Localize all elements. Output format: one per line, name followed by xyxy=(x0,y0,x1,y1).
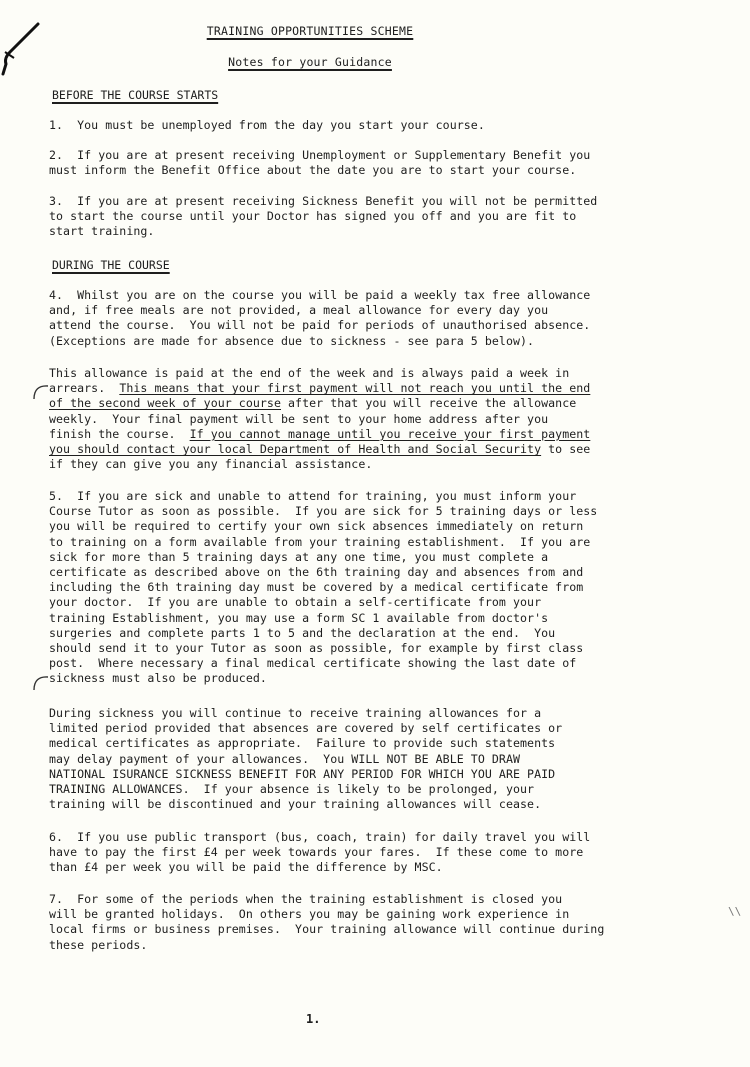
para-5-sickness: During sickness you will continue to rec… xyxy=(49,706,669,812)
para-3: 3. If you are at present receiving Sickn… xyxy=(49,194,669,240)
section-heading-during: DURING THE COURSE xyxy=(52,258,170,272)
document-title: TRAINING OPPORTUNITIES SCHEME xyxy=(0,24,620,38)
para-2: 2. If you are at present receiving Unemp… xyxy=(49,148,669,178)
para-6: 6. If you use public transport (bus, coa… xyxy=(49,830,669,876)
para-1: 1. You must be unemployed from the day y… xyxy=(49,118,669,133)
para-4: 4. Whilst you are on the course you will… xyxy=(49,288,669,349)
para-7: 7. For some of the periods when the trai… xyxy=(49,892,669,953)
document-subtitle: Notes for your Guidance xyxy=(0,55,620,69)
margin-bracket-mark xyxy=(30,674,50,694)
margin-bracket-mark xyxy=(30,383,50,403)
page-number: 1. xyxy=(306,1012,320,1026)
para-5: 5. If you are sick and unable to attend … xyxy=(49,489,669,687)
section-heading-before: BEFORE THE COURSE STARTS xyxy=(52,88,218,102)
margin-scribble: \\ xyxy=(728,905,741,918)
document-page: TRAINING OPPORTUNITIES SCHEME Notes for … xyxy=(0,0,750,1067)
para-4-allowance: This allowance is paid at the end of the… xyxy=(49,366,669,472)
